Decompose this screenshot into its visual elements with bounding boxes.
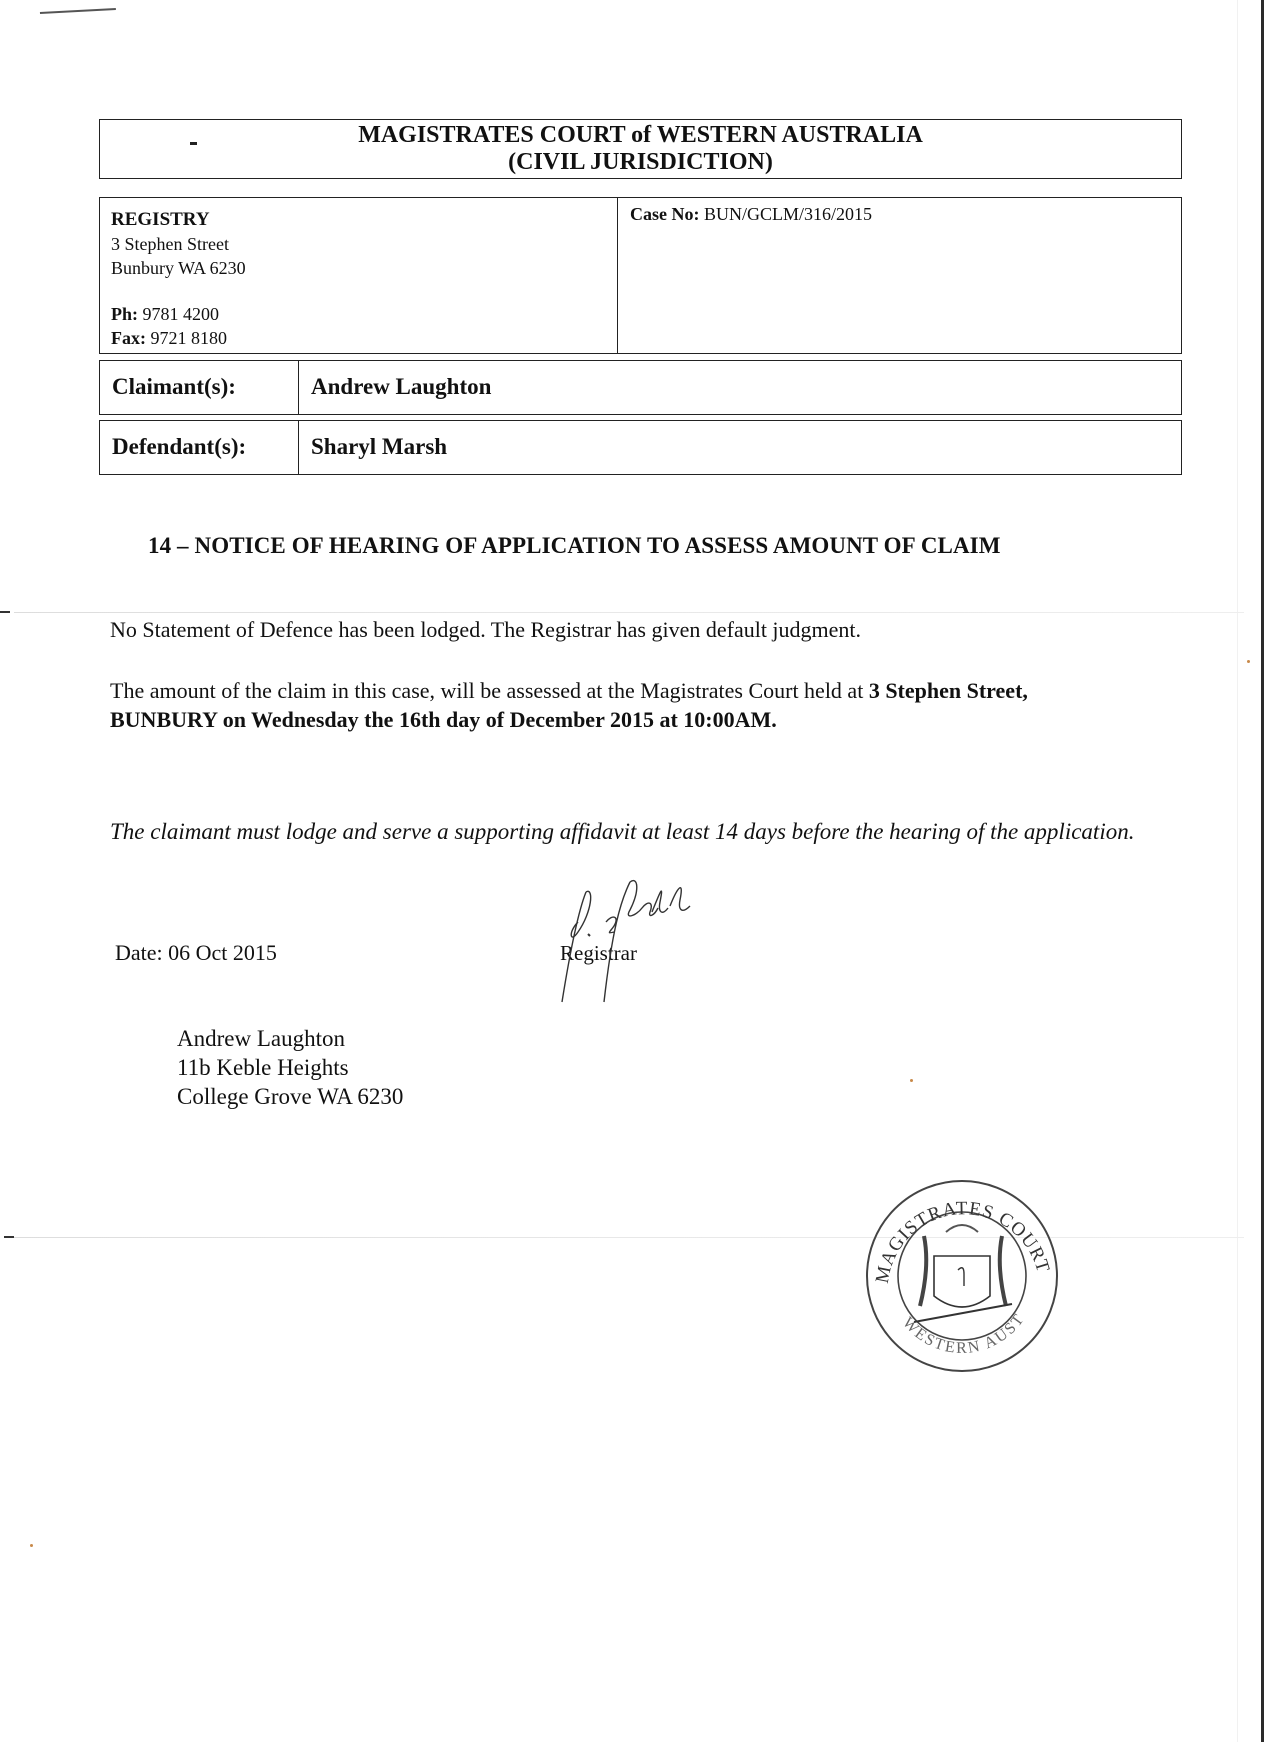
hearing-details: The amount of the claim in this case, wi… — [110, 676, 1110, 734]
scan-edge — [1261, 0, 1264, 1742]
speck — [910, 1079, 913, 1082]
fax-value: 9721 8180 — [151, 328, 228, 348]
registry-details: REGISTRY 3 Stephen Street Bunbury WA 623… — [100, 198, 618, 353]
registry-phone: Ph: 9781 4200 — [111, 302, 606, 326]
claimant-name: Andrew Laughton — [311, 374, 491, 400]
case-number: Case No: BUN/GCLM/316/2015 — [630, 204, 872, 225]
jurisdiction: (CIVIL JURISDICTION) — [100, 149, 1181, 176]
fold-tick — [0, 611, 10, 613]
claimant-label: Claimant(s): — [100, 361, 299, 414]
issue-date: Date: 06 Oct 2015 — [115, 940, 277, 966]
date-value: 06 Oct 2015 — [168, 940, 277, 965]
notice-title: 14 – NOTICE OF HEARING OF APPLICATION TO… — [148, 533, 1001, 559]
case-number-value: BUN/GCLM/316/2015 — [704, 204, 872, 224]
hearing-details-text: The amount of the claim in this case, wi… — [110, 678, 869, 703]
signature-icon — [548, 872, 728, 1012]
court-seal-icon: MAGISTRATES COURT OF WESTERN AUSTRALIA — [862, 1176, 1062, 1376]
speck — [1247, 660, 1250, 663]
registry-label: REGISTRY — [111, 208, 606, 232]
pen-mark — [40, 8, 116, 17]
fold-tick — [4, 1236, 14, 1238]
registry-address-line1: 3 Stephen Street — [111, 232, 606, 256]
registry-fax: Fax: 9721 8180 — [111, 326, 606, 350]
default-judgment-text: No Statement of Defence has been lodged.… — [110, 617, 861, 643]
affidavit-requirement: The claimant must lodge and serve a supp… — [110, 817, 1150, 846]
registry-section: REGISTRY 3 Stephen Street Bunbury WA 623… — [99, 197, 1182, 354]
recipient-address-line2: College Grove WA 6230 — [177, 1082, 403, 1111]
court-header: MAGISTRATES COURT of WESTERN AUSTRALIA (… — [99, 119, 1182, 179]
phone-label: Ph: — [111, 304, 138, 324]
registry-address-line2: Bunbury WA 6230 — [111, 256, 606, 280]
claimant-row: Claimant(s): Andrew Laughton — [99, 360, 1182, 415]
recipient-name: Andrew Laughton — [177, 1024, 403, 1053]
defendant-label: Defendant(s): — [100, 421, 299, 474]
fold-line — [14, 612, 1244, 613]
fax-label: Fax: — [111, 328, 146, 348]
speck — [30, 1544, 33, 1547]
scan-edge-faint — [1237, 0, 1238, 1742]
recipient-address-line1: 11b Keble Heights — [177, 1053, 403, 1082]
defendant-name: Sharyl Marsh — [311, 434, 447, 460]
court-name: MAGISTRATES COURT of WESTERN AUSTRALIA — [100, 120, 1181, 149]
phone-value: 9781 4200 — [143, 304, 220, 324]
date-label: Date: — [115, 940, 163, 965]
defendant-row: Defendant(s): Sharyl Marsh — [99, 420, 1182, 475]
recipient-address: Andrew Laughton 11b Keble Heights Colleg… — [177, 1024, 403, 1111]
case-number-label: Case No: — [630, 204, 700, 224]
